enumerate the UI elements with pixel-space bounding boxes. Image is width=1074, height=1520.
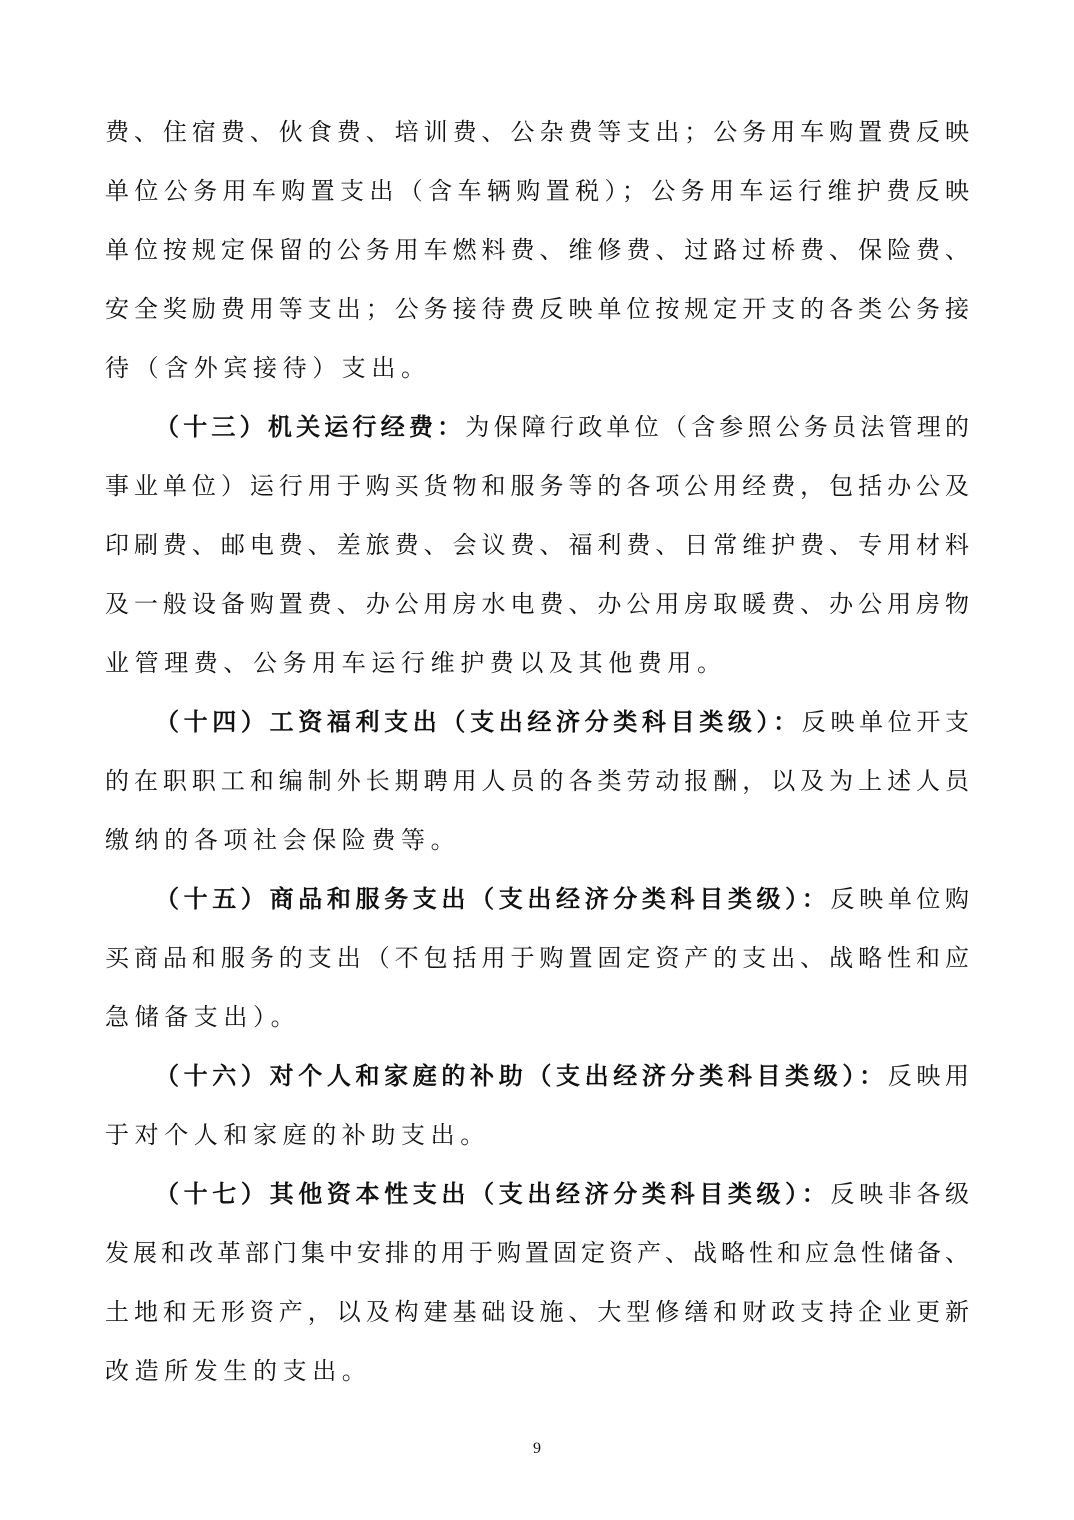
paragraph-text: 反映用 (888, 1062, 969, 1090)
paragraph-heading-line: （十三）机关运行经费：为保障行政单位（含参照公务员法管理的 (155, 407, 969, 447)
paragraph-line: 改造所发生的支出。 (105, 1351, 969, 1391)
paragraph-line: 事业单位）运行用于购买货物和服务等的各项公用经费，包括办公及 (105, 466, 969, 506)
paragraph-line: 待（含外宾接待）支出。 (105, 348, 969, 388)
paragraph-line: 土地和无形资产，以及构建基础设施、大型修缮和财政支持企业更新 (105, 1292, 969, 1332)
paragraph-line: 缴纳的各项社会保险费等。 (105, 820, 969, 860)
paragraph-line: 的在职职工和编制外长期聘用人员的各类劳动报酬，以及为上述人员 (105, 761, 969, 801)
paragraph-line: 急储备支出）。 (105, 997, 969, 1037)
paragraph-heading-line: （十五）商品和服务支出（支出经济分类科目类级）：反映单位购 (155, 879, 969, 919)
section-heading: （十六）对个人和家庭的补助（支出经济分类科目类级）： (155, 1061, 888, 1090)
paragraph-line: 单位公务用车购置支出（含车辆购置税）；公务用车运行维护费反映 (105, 171, 969, 211)
section-heading: （十七）其他资本性支出（支出经济分类科目类级）： (155, 1179, 830, 1208)
paragraph-line: 费、住宿费、伙食费、培训费、公杂费等支出；公务用车购置费反映 (105, 112, 969, 152)
paragraph-line: 发展和改革部门集中安排的用于购置固定资产、战略性和应急性储备、 (105, 1233, 969, 1273)
paragraph-line: 业管理费、公务用车运行维护费以及其他费用。 (105, 643, 969, 683)
paragraph-text: 反映单位开支 (802, 708, 969, 736)
section-heading: （十四）工资福利支出（支出经济分类科目类级）： (155, 707, 802, 736)
page-number: 9 (0, 1440, 1074, 1458)
section-heading: （十三）机关运行经费： (155, 412, 465, 441)
paragraph-line: 安全奖励费用等支出；公务接待费反映单位按规定开支的各类公务接 (105, 289, 969, 329)
paragraph-heading-line: （十七）其他资本性支出（支出经济分类科目类级）：反映非各级 (155, 1174, 969, 1214)
paragraph-text: 为保障行政单位（含参照公务员法管理的 (465, 413, 969, 441)
paragraph-line: 单位按规定保留的公务用车燃料费、维修费、过路过桥费、保险费、 (105, 230, 969, 270)
paragraph-heading-line: （十四）工资福利支出（支出经济分类科目类级）：反映单位开支 (155, 702, 969, 742)
paragraph-text: 反映单位购 (830, 885, 969, 913)
paragraph-text: 反映非各级 (830, 1180, 969, 1208)
document-page: 费、住宿费、伙食费、培训费、公杂费等支出；公务用车购置费反映 单位公务用车购置支… (0, 0, 1074, 1520)
paragraph-line: 买商品和服务的支出（不包括用于购置固定资产的支出、战略性和应 (105, 938, 969, 978)
paragraph-heading-line: （十六）对个人和家庭的补助（支出经济分类科目类级）：反映用 (155, 1056, 969, 1096)
section-heading: （十五）商品和服务支出（支出经济分类科目类级）： (155, 884, 830, 913)
paragraph-line: 印刷费、邮电费、差旅费、会议费、福利费、日常维护费、专用材料 (105, 525, 969, 565)
paragraph-line: 于对个人和家庭的补助支出。 (105, 1115, 969, 1155)
paragraph-line: 及一般设备购置费、办公用房水电费、办公用房取暖费、办公用房物 (105, 584, 969, 624)
